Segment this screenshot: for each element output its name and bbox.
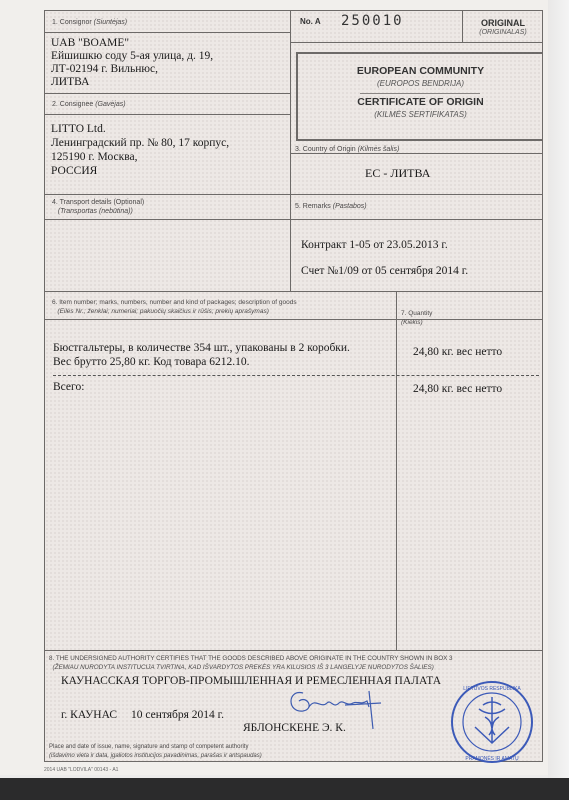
box2-header-line — [45, 114, 290, 115]
total-label: Всего: — [53, 380, 84, 394]
consignor-country: ЛИТВА — [51, 75, 89, 89]
box6-label: 6. Item number; marks, numbers, number a… — [52, 298, 297, 316]
certificate-form: No. A 250010 ORIGINAL (ORIGINALAS) EUROP… — [44, 10, 543, 762]
printer-line: 2014 UAB "LODVILA" 00143 - A1 — [44, 767, 118, 773]
consignee-street: Ленинградский пр. № 80, 17 корпус, — [51, 136, 229, 150]
quantity-divider — [396, 291, 397, 650]
title-certificate: CERTIFICATE OF ORIGIN — [298, 96, 543, 108]
box1-header-line — [45, 32, 290, 33]
country-of-origin: ЕС - ЛИТВА — [365, 166, 430, 180]
issue-date: 10 сентября 2014 г. — [131, 708, 224, 722]
serial-label: No. A — [300, 17, 321, 26]
svg-text:LIETUVOS RESPUBLIKA: LIETUVOS RESPUBLIKA — [463, 686, 521, 692]
consignee-country: РОССИЯ — [51, 164, 97, 178]
remarks-contract: Контракт 1-05 от 23.05.2013 г. — [301, 238, 448, 252]
serial-row-line — [290, 42, 543, 43]
title-certificate-lt: (KILMĖS SERTIFIKATAS) — [298, 110, 543, 119]
box3-label: 3. Country of Origin (Kilmės šalis) — [295, 145, 399, 154]
box5-label: 5. Remarks (Pastabos) — [295, 202, 367, 211]
column-divider — [290, 11, 291, 291]
box4-label: 4. Transport details (Optional) (Transpo… — [52, 198, 144, 216]
title-box-bottom — [296, 139, 543, 141]
box8-footer-label: Place and date of issue, name, signature… — [49, 743, 262, 761]
original-label-lt: (ORIGINALAS) — [462, 29, 544, 36]
issue-place: г. КАУНАС — [61, 708, 117, 722]
box7-label: 7. Quantity(Kiekis) — [401, 309, 432, 327]
box1-label: 1. Consignor (Siuntėjas) — [52, 18, 127, 27]
title-box-top — [296, 52, 543, 54]
consignor-street: Ейшишкю соду 5-ая улица, д. 19, — [51, 49, 213, 63]
title-community: EUROPEAN COMMUNITY — [298, 65, 543, 77]
caduceus-seal-icon: LIETUVOS RESPUBLIKA PRAMONĖS IR AMATŲ — [449, 679, 535, 765]
goods-description: Бюстгальтеры, в количестве 354 шт., упак… — [53, 341, 350, 355]
title-separator — [360, 93, 480, 94]
consignee-name: LITTO Ltd. — [51, 122, 106, 136]
goods-weight-code: Вес брутто 25,80 кг. Код товара 6212.10. — [53, 355, 250, 369]
quantity-total: 24,80 кг. вес нетто — [413, 382, 502, 396]
box2-top-line — [45, 93, 290, 94]
consignor-name: UAB "BOAME" — [51, 36, 129, 50]
box2-label: 2. Consignee (Gavėjas) — [52, 100, 126, 109]
box8-top-line — [45, 650, 543, 651]
box8-label: 8. THE UNDERSIGNED AUTHORITY CERTIFIES T… — [49, 654, 453, 672]
total-separator — [53, 375, 539, 376]
title-community-lt: (EUROPOS BENDRIJA) — [298, 79, 543, 88]
consignor-city: ЛТ-02194 г. Вильнюс, — [51, 62, 158, 76]
original-label: ORIGINAL — [462, 18, 544, 28]
consignee-city: 125190 г. Москва, — [51, 150, 137, 164]
signature-icon — [285, 683, 395, 733]
serial-number: 250010 — [341, 13, 404, 29]
quantity-value: 24,80 кг. вес нетто — [413, 345, 502, 359]
box6-header-line — [45, 319, 543, 320]
box4-header-line — [45, 219, 543, 220]
scanner-background — [0, 778, 569, 800]
remarks-invoice: Счет №1/09 от 05 сентября 2014 г. — [301, 264, 468, 278]
box4-top-line — [45, 194, 543, 195]
paper-edge — [548, 0, 569, 780]
svg-text:PRAMONĖS IR AMATŲ: PRAMONĖS IR AMATŲ — [465, 755, 519, 762]
box6-top-line — [45, 291, 543, 292]
